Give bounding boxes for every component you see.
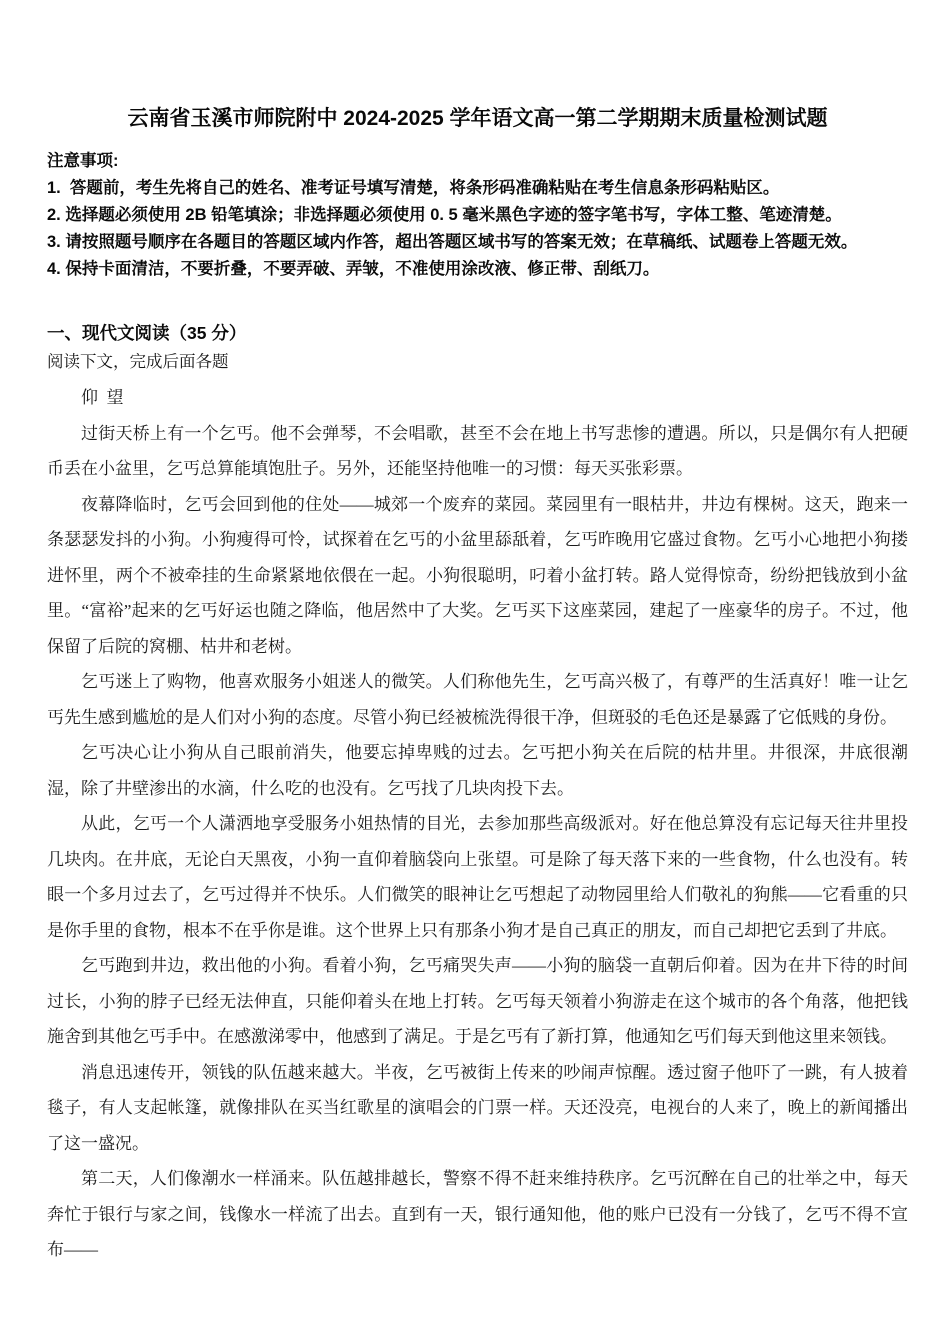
notice-item-1: 1. 答题前，考生先将自己的姓名、准考证号填写清楚，将条形码准确粘贴在考生信息条… [47,175,908,202]
essay-title: 仰 望 [47,380,908,416]
essay-paragraph-3: 乞丐迷上了购物，他喜欢服务小姐迷人的微笑。人们称他先生，乞丐高兴极了，有尊严的生… [47,664,908,735]
notice-heading: 注意事项: [47,148,908,175]
essay-paragraph-4: 乞丐决心让小狗从自己眼前消失，他要忘掉卑贱的过去。乞丐把小狗关在后院的枯井里。井… [47,735,908,806]
essay-body: 仰 望 过街天桥上有一个乞丐。他不会弹琴，不会唱歌，甚至不会在地上书写悲惨的遭遇… [47,380,908,1268]
exam-title: 云南省玉溪市师院附中 2024-2025 学年语文高一第二学期期末质量检测试题 [47,104,908,134]
essay-paragraph-5: 从此，乞丐一个人潇洒地享受服务小姐热情的目光，去参加那些高级派对。好在他总算没有… [47,806,908,948]
notice-item-3: 3. 请按照题号顺序在各题目的答题区域内作答，超出答题区域书写的答案无效；在草稿… [47,229,908,256]
essay-paragraph-7: 消息迅速传开，领钱的队伍越来越大。半夜，乞丐被街上传来的吵闹声惊醒。透过窗子他吓… [47,1055,908,1162]
essay-paragraph-2: 夜幕降临时，乞丐会回到他的住处——城郊一个废弃的菜园。菜园里有一眼枯井，井边有棵… [47,487,908,665]
reading-instruction: 阅读下文，完成后面各题 [47,350,908,374]
notice-item-2: 2. 选择题必须使用 2B 铅笔填涂；非选择题必须使用 0. 5 毫米黑色字迹的… [47,202,908,229]
essay-paragraph-8: 第二天，人们像潮水一样涌来。队伍越排越长，警察不得不赶来维持秩序。乞丐沉醉在自己… [47,1161,908,1268]
section-one-heading: 一、现代文阅读（35 分） [47,321,908,345]
exam-paper-page: 云南省玉溪市师院附中 2024-2025 学年语文高一第二学期期末质量检测试题 … [0,0,950,1344]
essay-paragraph-6: 乞丐跑到井边，救出他的小狗。看着小狗，乞丐痛哭失声——小狗的脑袋一直朝后仰着。因… [47,948,908,1055]
notice-item-4: 4. 保持卡面清洁，不要折叠，不要弄破、弄皱，不准使用涂改液、修正带、刮纸刀。 [47,256,908,283]
notice-section: 注意事项: 1. 答题前，考生先将自己的姓名、准考证号填写清楚，将条形码准确粘贴… [47,148,908,283]
essay-paragraph-1: 过街天桥上有一个乞丐。他不会弹琴，不会唱歌，甚至不会在地上书写悲惨的遭遇。所以，… [47,416,908,487]
